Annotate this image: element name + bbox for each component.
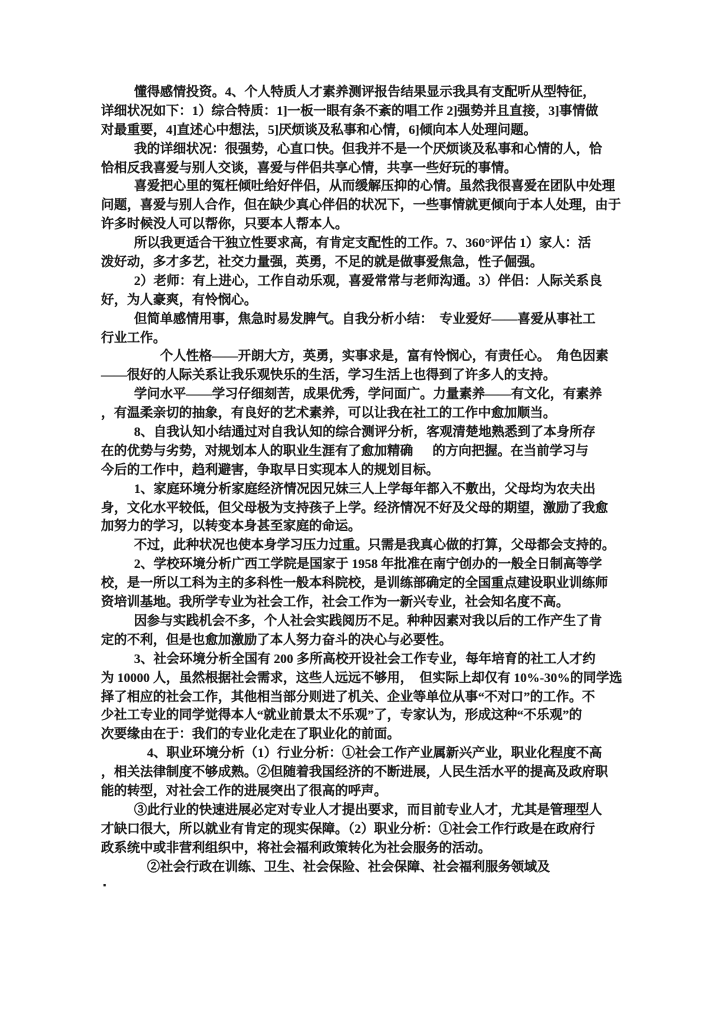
- text-line: 问题，喜爱与别人合作，但在缺少真心伴侣的状况下，一些事情就更倾向于本人处理，由于: [101, 196, 625, 215]
- text-line: ③此行业的快速进展必定对专业人才提出要求，而目前专业人才，尤其是管理型人: [101, 801, 625, 820]
- text-line: 所以我更适合干独立性要求高，有肯定支配性的工作。7、360°评估 1）家人：活: [101, 234, 625, 253]
- text-line: 不过，此种状况也使本身学习压力过重。只需是我真心做的打算，父母都会支持的。: [101, 536, 625, 555]
- text-line: 1、家庭环境分析家庭经济情况因兄妹三人上学每年都入不敷出，父母均为农夫出: [101, 480, 625, 499]
- text-line: 因参与实践机会不多，个人社会实践阅历不足。种种因素对我以后的工作产生了肯: [101, 612, 625, 631]
- text-line: 2、学校环境分析广西工学院是国家于 1958 年批准在南宁创办的一般全日制高等学: [101, 555, 625, 574]
- text-line: 政系统中或非营利组织中，将社会福利政策转化为社会服务的活动。: [101, 839, 625, 858]
- text-line: 学问水平——学习仔细刻苦，成果优秀，学问面广。力量素养——有文化，有素养: [101, 385, 625, 404]
- text-line: ②社会行政在训练、卫生、社会保险、社会保障、社会福利服务领域及: [101, 858, 625, 877]
- text-line: ——很好的人际关系让我乐观快乐的生活，学习生活上也得到了许多人的支持。: [101, 366, 625, 385]
- text-line: 少社工专业的同学觉得本人“就业前景太不乐观”了，专家认为，形成这种“不乐观”的: [101, 706, 625, 725]
- text-line: ，有温柔亲切的抽象，有良好的艺术素养，可以让我在社工的工作中愈加顺当。: [101, 404, 625, 423]
- text-line: 加努力的学习，以转变本身甚至家庭的命运。: [101, 517, 625, 536]
- text-line: 能的转型，对社会工作的进展突出了很高的呼声。: [101, 782, 625, 801]
- text-line: 喜爱把心里的冤枉倾吐给好伴侣，从而缓解压抑的心情。虽然我很喜爱在团队中处理: [101, 177, 625, 196]
- text-line: 资培训基地。我所学专业为社会工作，社会工作为一新兴专业，社会知名度不高。: [101, 593, 625, 612]
- text-line: 对最重要，4]直述心中想法，5]厌烦谈及私事和心情，6]倾向本人处理问题。: [101, 121, 625, 140]
- document-body: 懂得感情投资。4、个人特质人才素养测评报告结果显示我具有支配听从型特征，详细状况…: [101, 83, 625, 895]
- text-line: 身，文化水平较低，但父母极为支持孩子上学。经济情况不好及父母的期望，激励了我愈: [101, 499, 625, 518]
- text-line: 个人性格——开朗大方，英勇，实事求是，富有怜悯心，有责任心。 角色因素: [101, 347, 625, 366]
- text-line: 详细状况如下：1）综合特质：1]一板一眼有条不紊的唱工作 2]强势并且直接，3]…: [101, 102, 625, 121]
- text-line: 行业工作。: [101, 329, 625, 348]
- text-line: 恰相反我喜爱与别人交谈，喜爱与伴侣共享心情，共享一些好玩的事情。: [101, 159, 625, 178]
- text-line: 次要缘由在于：我们的专业化走在了职业化的前面。: [101, 725, 625, 744]
- document-page: 懂得感情投资。4、个人特质人才素养测评报告结果显示我具有支配听从型特征，详细状况…: [0, 0, 720, 1018]
- text-line: 但简单感情用事，焦急时易发脾气。自我分析小结： 专业爱好——喜爱从事社工: [101, 310, 625, 329]
- text-line: ，相关法律制度不够成熟。②但随着我国经济的不断进展，人民生活水平的提高及政府职: [101, 763, 625, 782]
- text-line: 定的不利，但是也愈加激励了本人努力奋斗的决心与必要性。: [101, 631, 625, 650]
- text-line: 好，为人豪爽，有怜悯心。: [101, 291, 625, 310]
- text-line: 3、社会环境分析全国有 200 多所高校开设社会工作专业，每年培育的社工人才约: [101, 650, 625, 669]
- text-line: 我的详细状况：很强势，心直口快。但我并不是一个厌烦谈及私事和心情的人，恰: [101, 140, 625, 159]
- text-line: 为 10000 人，虽然根据社会需求，这些人远远不够用， 但实际上却仅有 10%…: [101, 669, 625, 688]
- text-line: 懂得感情投资。4、个人特质人才素养测评报告结果显示我具有支配听从型特征，: [101, 83, 625, 102]
- stray-mark: ▪: [101, 876, 625, 895]
- text-line: 在的优势与劣势，对规划本人的职业生涯有了愈加精确 的方向把握。在当前学习与: [101, 442, 625, 461]
- text-line: 择了相应的社会工作，其他相当部分则进了机关、企业等单位从事“不对口”的工作。不: [101, 688, 625, 707]
- text-line: 才缺口很大，所以就业有肯定的现实保障。（2）职业分析：①社会工作行政是在政府行: [101, 820, 625, 839]
- text-line: 8、自我认知小结通过对自我认知的综合测评分析，客观清楚地熟悉到了本身所存: [101, 423, 625, 442]
- text-line: 泼好动，多才多艺，社交力量强，英勇，不足的就是做事爱焦急，性子倔强。: [101, 253, 625, 272]
- text-line: 许多时候没人可以帮你，只要本人帮本人。: [101, 215, 625, 234]
- text-line: 2）老师：有上进心，工作自动乐观，喜爱常常与老师沟通。3）伴侣：人际关系良: [101, 272, 625, 291]
- text-line: 校，是一所以工科为主的多科性一般本科院校，是训练部确定的全国重点建设职业训练师: [101, 574, 625, 593]
- text-line: 今后的工作中，趋利避害，争取早日实现本人的规划目标。: [101, 461, 625, 480]
- text-line: 4、职业环境分析（1）行业分析：①社会工作产业属新兴产业，职业化程度不高: [101, 744, 625, 763]
